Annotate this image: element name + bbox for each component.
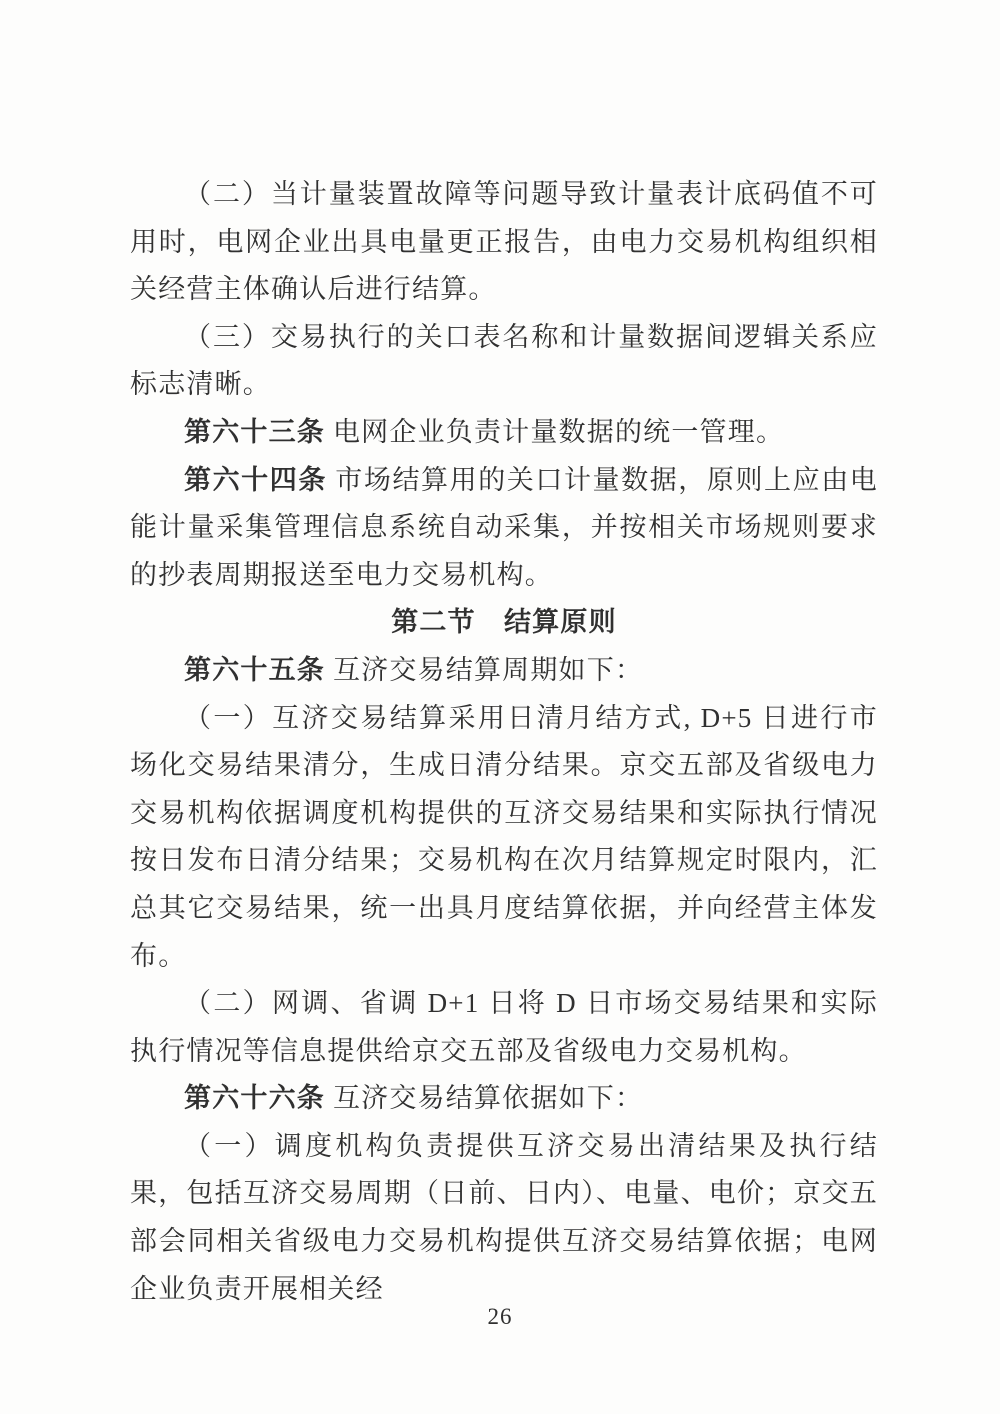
paragraph: （一）互济交易结算采用日清月结方式, D+5 日进行市场化交易结果清分，生成日清…: [130, 695, 878, 981]
paragraph: 第六十四条 市场结算用的关口计量数据，原则上应由电能计量采集管理信息系统自动采集…: [130, 457, 878, 600]
paragraph: （二）网调、省调 D+1 日将 D 日市场交易结果和实际执行情况等信息提供给京交…: [130, 980, 878, 1075]
paragraph: 第六十六条 互济交易结算依据如下：: [130, 1075, 878, 1123]
paragraph: （一）调度机构负责提供互济交易出清结果及执行结果，包括互济交易周期（日前、日内）…: [130, 1123, 878, 1313]
document-page: （二）当计量装置故障等问题导致计量表计底码值不可用时，电网企业出具电量更正报告，…: [0, 0, 1000, 1414]
article-number: 第六十六条: [184, 1083, 325, 1113]
paragraph: 第六十三条 电网企业负责计量数据的统一管理。: [130, 409, 878, 457]
section-heading: 第二节 结算原则: [130, 599, 878, 647]
document-body: （二）当计量装置故障等问题导致计量表计底码值不可用时，电网企业出具电量更正报告，…: [130, 171, 878, 1313]
article-number: 第六十五条: [184, 655, 325, 685]
paragraph: （三）交易执行的关口表名称和计量数据间逻辑关系应标志清晰。: [130, 314, 878, 409]
article-number: 第六十三条: [184, 417, 325, 447]
article-number: 第六十四条: [184, 465, 327, 495]
paragraph: 第六十五条 互济交易结算周期如下：: [130, 647, 878, 695]
page-number: 26: [0, 1303, 1000, 1331]
paragraph: （二）当计量装置故障等问题导致计量表计底码值不可用时，电网企业出具电量更正报告，…: [130, 171, 878, 314]
